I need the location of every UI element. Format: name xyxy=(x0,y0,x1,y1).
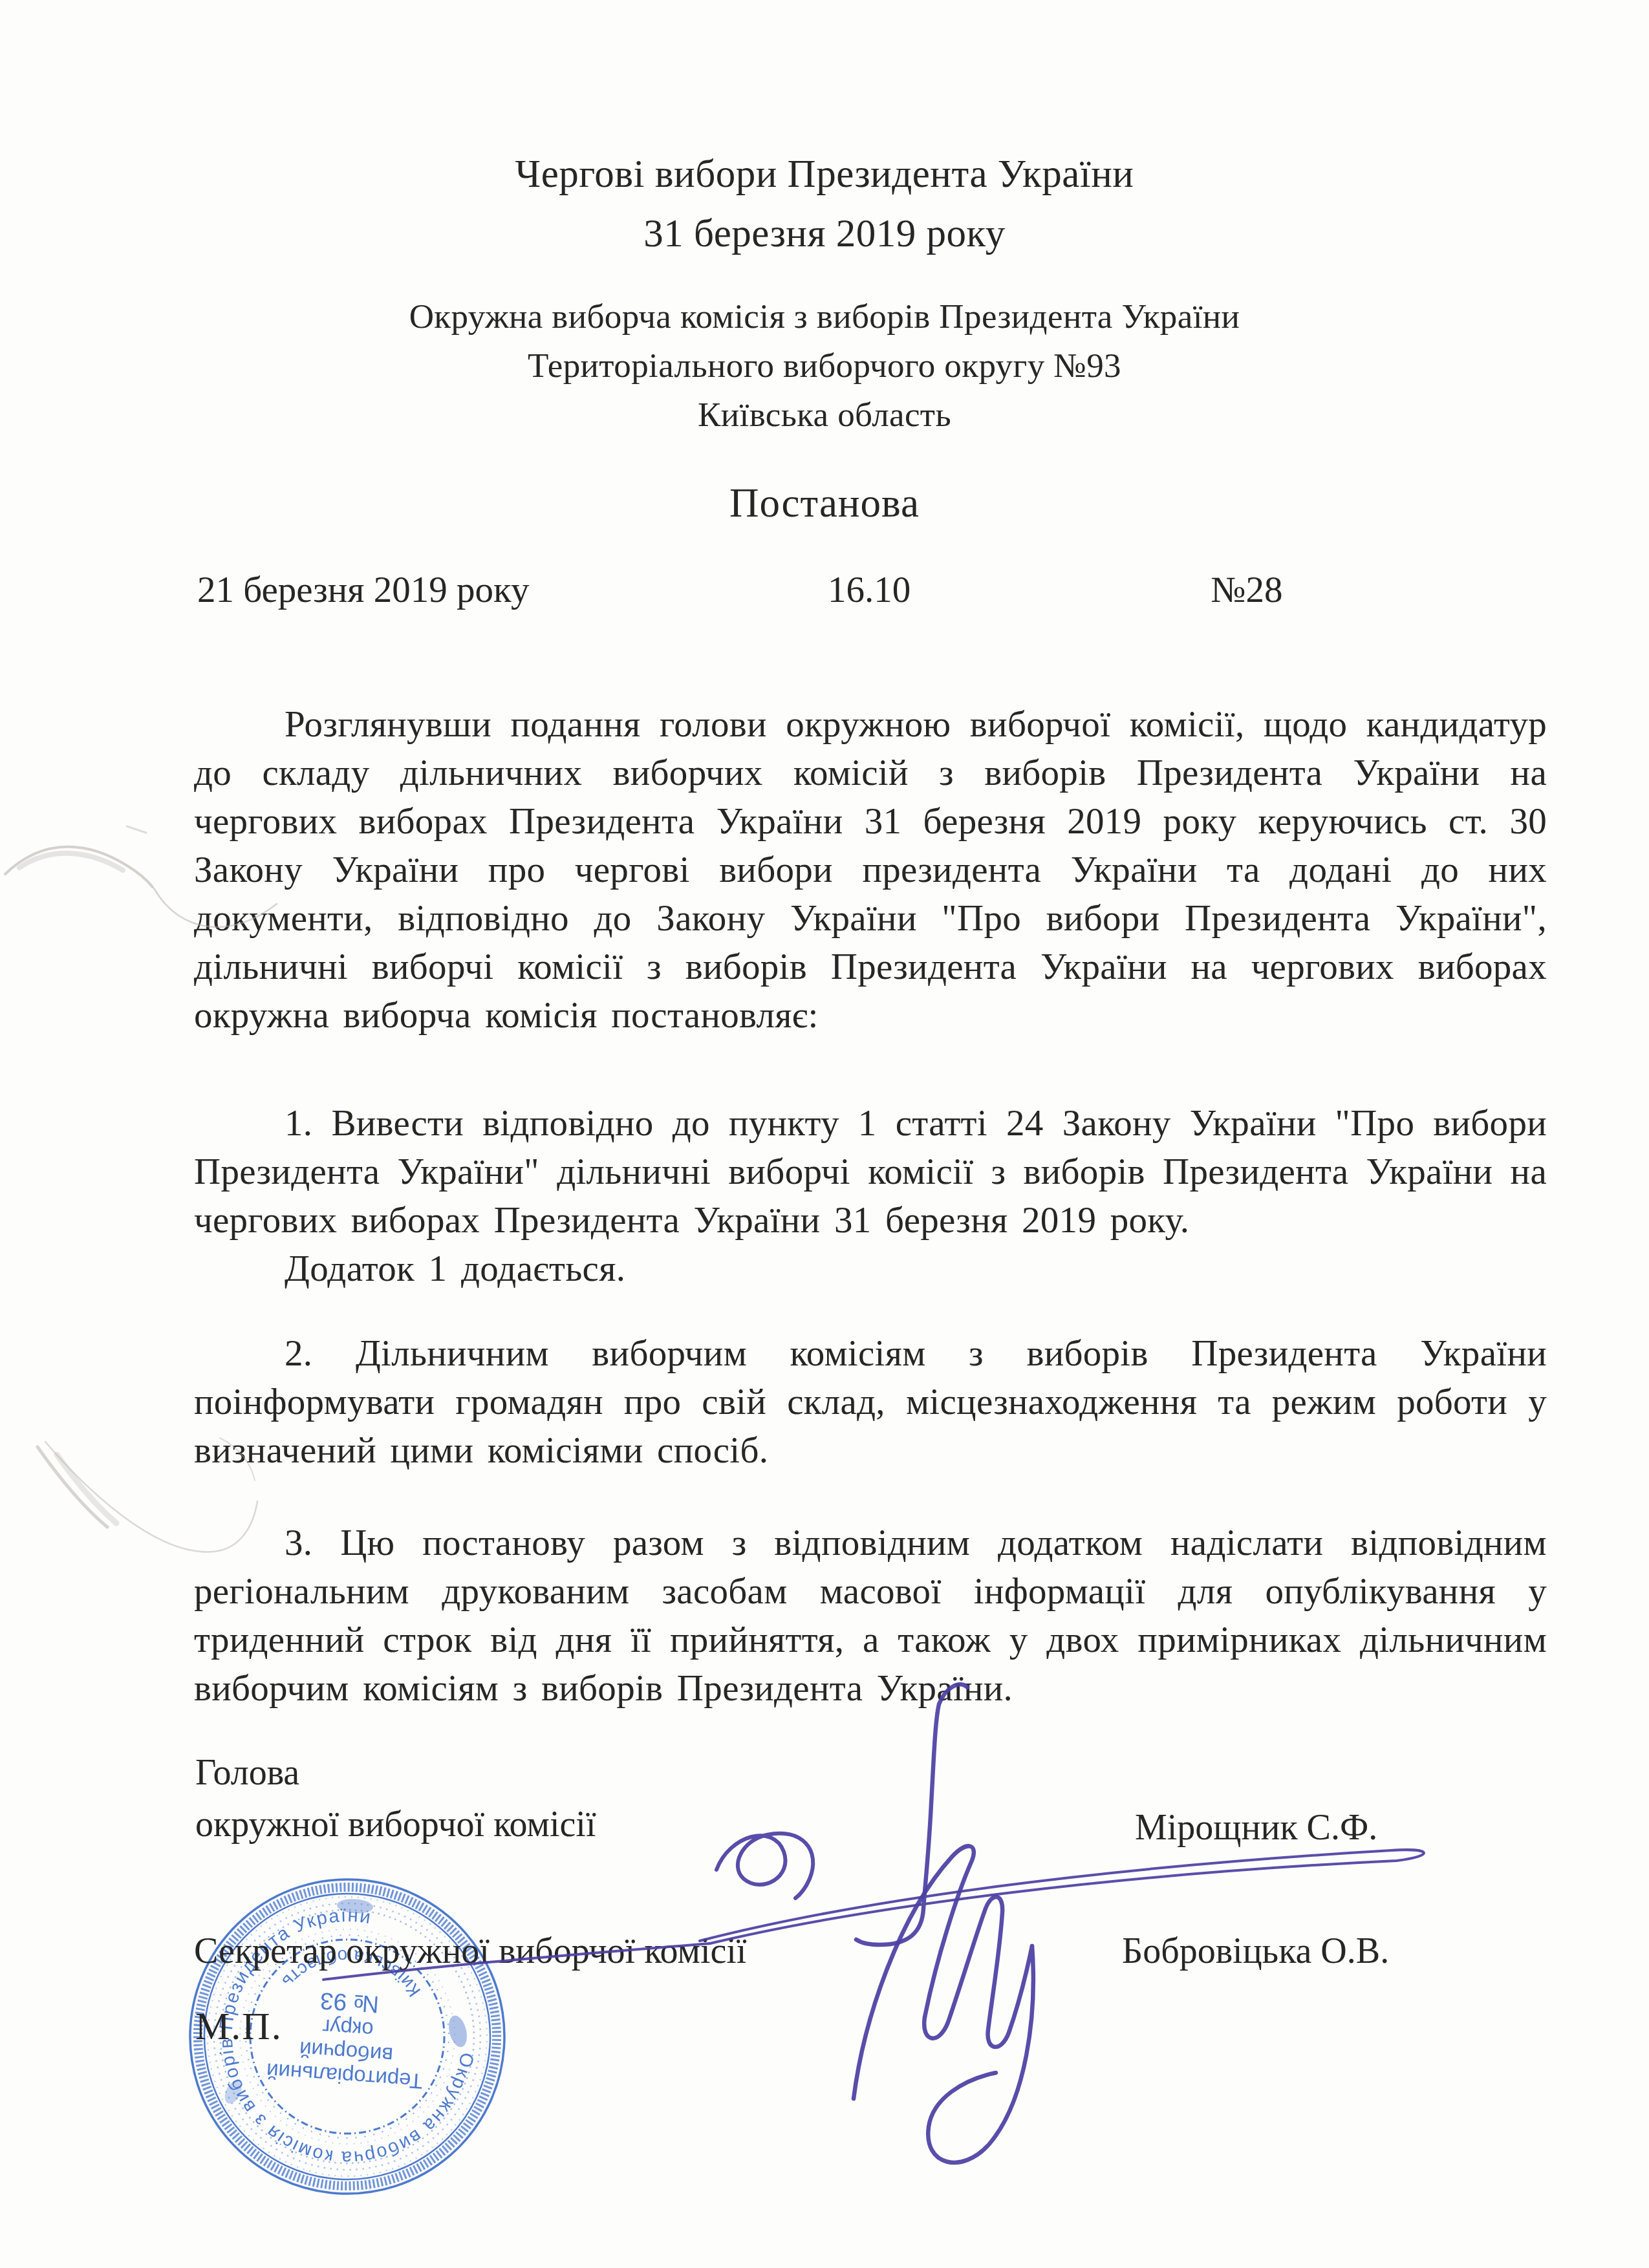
commission-line2: Територіального виборчого округу №93 xyxy=(129,341,1520,390)
resolution-body: Розглянувши подання голови окружною вибо… xyxy=(194,700,1547,1713)
head-role-line2: окружної виборчої комісії xyxy=(195,1799,596,1850)
document-date: 21 березня 2019 року xyxy=(197,569,529,611)
commission-header: Окружна виборча комісія з виборів Презид… xyxy=(129,292,1520,440)
resolution-item-1: 1. Вивести відповідно до пункту 1 статті… xyxy=(194,1099,1547,1245)
head-role-label: Голова окружної виборчої комісії xyxy=(195,1747,596,1850)
secretary-name: Бобровіцька О.В. xyxy=(1122,1931,1389,1972)
seal-place-mark: М.П. xyxy=(195,2004,283,2049)
doc-header: Чергові вибори Президента України 31 бер… xyxy=(129,145,1520,264)
document-number: №28 xyxy=(1211,569,1282,611)
stamp-center-line3: округ xyxy=(321,2015,374,2042)
document-time: 16.10 xyxy=(828,569,911,611)
secretary-role-label: Секретар окружної виборчої комісії xyxy=(194,1931,746,1972)
commission-line3: Київська область xyxy=(129,390,1520,440)
head-role-line1: Голова xyxy=(195,1747,596,1799)
head-name: Мірощник С.Ф. xyxy=(1135,1807,1377,1848)
commission-line1: Окружна виборча комісія з виборів Презид… xyxy=(129,292,1520,341)
resolution-item-3: 3. Цю постанову разом з відповідним дода… xyxy=(194,1519,1547,1713)
resolution-item-2: 2. Дільничним виборчим комісіям з виборі… xyxy=(194,1329,1547,1475)
secretary-signature xyxy=(854,1846,1033,2162)
scanned-document-page: Окружна виборча комісія з виборів Презид… xyxy=(0,0,1649,2268)
preamble-paragraph: Розглянувши подання голови окружною вибо… xyxy=(194,700,1547,1040)
document-type-title: Постанова xyxy=(129,480,1520,527)
election-title-line2: 31 березня 2019 року xyxy=(129,204,1520,264)
resolution-item-1-note: Додаток 1 додається. xyxy=(194,1245,1547,1293)
election-title-line1: Чергові вибори Президента України xyxy=(129,145,1520,204)
stamp-center-number: № 93 xyxy=(319,1987,380,2018)
